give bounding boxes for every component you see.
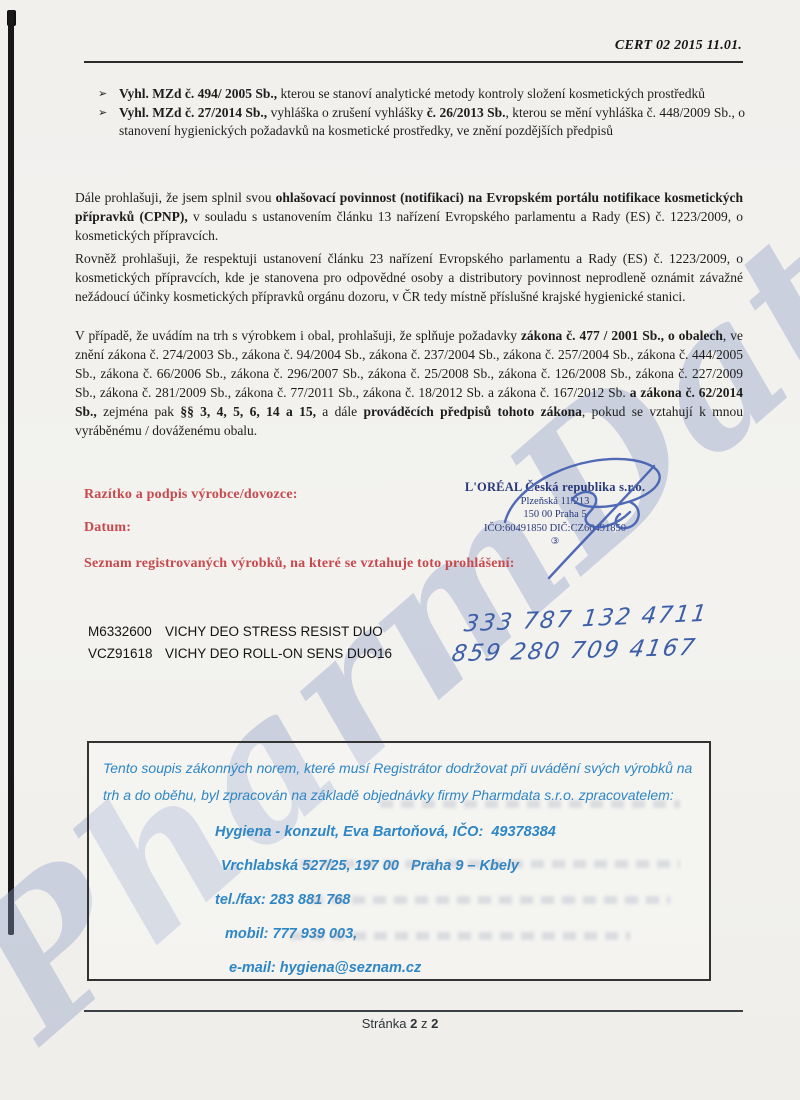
stamp-company-name: L'ORÉAL Česká republika s.r.o.	[420, 481, 690, 495]
stamp-ico-dic: IČO:60491850 DIČ:CZ60491850	[420, 522, 690, 536]
stamp-city: 150 00 Praha 5	[420, 508, 690, 522]
registered-products-list: M6332600 VICHY DEO STRESS RESIST DUO VCZ…	[88, 624, 392, 668]
paragraph-article-23: Rovněž prohlašuji, že respektuji ustanov…	[75, 249, 743, 306]
product-row: M6332600 VICHY DEO STRESS RESIST DUO	[88, 624, 392, 639]
bleedthrough-noise	[290, 932, 630, 940]
stamp-street: Plzeňská 11/213	[420, 495, 690, 509]
product-list-label: Seznam registrovaných výrobků, na které …	[84, 556, 515, 572]
bleedthrough-noise	[380, 800, 680, 808]
header-divider	[84, 61, 743, 63]
paragraph-text: a dále	[316, 404, 364, 419]
paragraph-cpnp-notification: Dále prohlašuji, že jsem splnil svou ohl…	[75, 188, 743, 245]
stamp-signature-label: Razítko a podpis výrobce/dovozce:	[84, 487, 298, 503]
loreal-company-stamp: L'ORÉAL Česká republika s.r.o. Plzeňská …	[420, 481, 690, 550]
contact-company: Hygiena - konzult, Eva Bartoňová, IČO: 4…	[215, 822, 695, 843]
paragraph-text: Dále prohlašuji, že jsem splnil svou	[75, 190, 276, 205]
paragraph-text: prováděcích předpisů tohoto zákona	[364, 404, 582, 419]
bullet-arrow-icon: ➢	[98, 104, 107, 122]
product-code: M6332600	[88, 624, 165, 639]
footer-total-pages: 2	[431, 1016, 438, 1031]
document-code: CERT 02 2015 11.01.	[400, 38, 742, 54]
product-name: VICHY DEO ROLL-ON SENS DUO16	[165, 646, 392, 661]
product-row: VCZ91618 VICHY DEO ROLL-ON SENS DUO16	[88, 646, 392, 661]
paragraph-text: §§ 3, 4, 5, 6, 14 a 15,	[180, 404, 316, 419]
contact-email: e-mail: hygiena@seznam.cz	[229, 958, 695, 979]
page-content: CERT 02 2015 11.01. ➢Vyhl. MZd č. 494/ 2…	[0, 0, 800, 1100]
scanned-certificate-page: { "document": { "header": { "code": "CER…	[0, 0, 800, 1100]
bullet-text: Vyhl. MZd č. 27/2014 Sb.,	[119, 105, 267, 120]
bleedthrough-noise	[310, 896, 670, 904]
declaration-paragraphs: Dále prohlašuji, že jsem splnil svou ohl…	[75, 188, 743, 444]
paragraph-text: V případě, že uvádím na trh s výrobkem i…	[75, 328, 521, 343]
regulation-bullet-list: ➢Vyhl. MZd č. 494/ 2005 Sb., kterou se s…	[100, 85, 745, 141]
footer-text: Stránka	[362, 1016, 410, 1031]
paragraph-packaging-law: V případě, že uvádím na trh s výrobkem i…	[75, 326, 743, 440]
product-name: VICHY DEO STRESS RESIST DUO	[165, 624, 383, 639]
bullet-arrow-icon: ➢	[98, 85, 107, 103]
bleedthrough-noise	[300, 860, 680, 868]
bullet-text: kterou se stanoví analytické metody kont…	[277, 86, 705, 101]
bullet-vyhl-27-2014: ➢Vyhl. MZd č. 27/2014 Sb., vyhláška o zr…	[100, 104, 745, 140]
paragraph-text: zákona č. 477 / 2001 Sb., o obalech	[521, 328, 723, 343]
handwritten-ean-2: 859 280 709 4167	[450, 635, 699, 668]
stamp-circled-number: ③	[420, 536, 690, 550]
paragraph-text: Rovněž prohlašuji, že respektuji ustanov…	[75, 251, 743, 304]
footer-text: z	[417, 1016, 431, 1031]
handwritten-ean-1: 333 787 132 4711	[462, 601, 709, 638]
page-number-footer: Stránka 2 z 2	[0, 1016, 800, 1031]
footer-divider	[84, 1010, 743, 1012]
paragraph-text: zejména pak	[97, 404, 181, 419]
bullet-text: Vyhl. MZd č. 494/ 2005 Sb.,	[119, 86, 277, 101]
bullet-vyhl-494-2005: ➢Vyhl. MZd č. 494/ 2005 Sb., kterou se s…	[100, 85, 745, 103]
product-code: VCZ91618	[88, 646, 165, 661]
bullet-text: vyhláška o zrušení vyhlášky	[267, 105, 427, 120]
bullet-text: č. 26/2013 Sb.	[427, 105, 506, 120]
date-label: Datum:	[84, 520, 131, 536]
